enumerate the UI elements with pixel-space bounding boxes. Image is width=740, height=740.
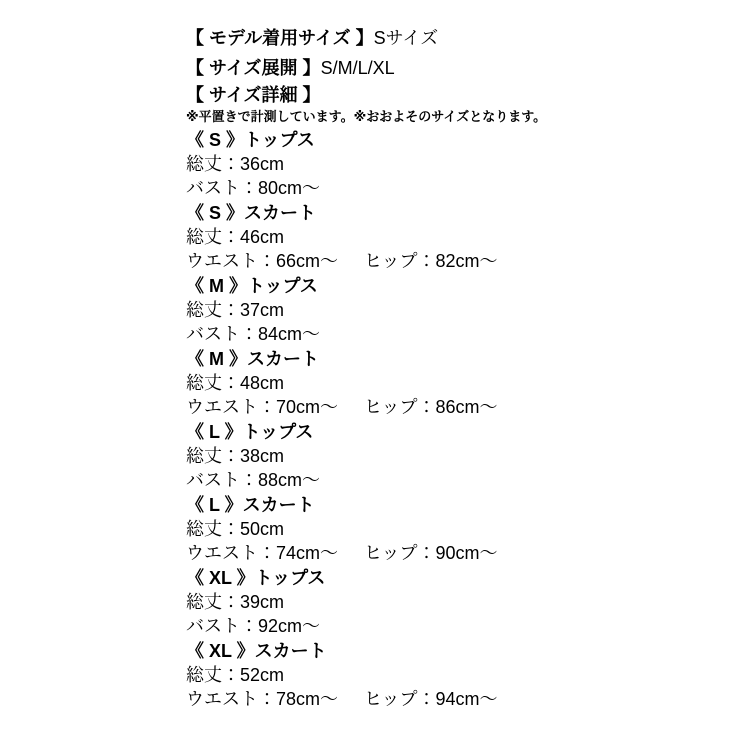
size-section-heading: 《 XL 》トップス [186, 566, 720, 590]
model-size-value: Sサイズ [374, 28, 439, 48]
measurement-label: ヒップ [364, 689, 417, 709]
measurement-hip: ヒップ：82cm〜 [364, 251, 497, 271]
measurement-length: 総丈：46cm [186, 227, 284, 247]
measurement-label: 総丈 [186, 373, 222, 393]
colon-separator: ： [222, 592, 240, 612]
measurement-bust: バスト：80cm〜 [186, 178, 320, 198]
measurement-length: 総丈：39cm [186, 592, 284, 612]
measurement-value: 78cm〜 [276, 689, 338, 709]
size-section-xl-skirt: 《 XL 》スカート 総丈：52cm ウエスト：78cm〜ヒップ：94cm〜 [186, 639, 720, 711]
measurement-disclaimer: ※平置きで計測しています。※おおよそのサイズとなります。 [186, 107, 720, 127]
colon-separator: ： [258, 251, 276, 271]
size-section-s-tops: 《 S 》トップス 総丈：36cm バスト：80cm〜 [186, 128, 720, 200]
measurement-label: 総丈 [186, 227, 222, 247]
colon-separator: ： [222, 154, 240, 174]
colon-separator: ： [222, 665, 240, 685]
measurement-length: 総丈：38cm [186, 446, 284, 466]
colon-separator: ： [222, 373, 240, 393]
measurement-value: 39cm [240, 592, 284, 612]
measurement-row: 総丈：48cm [186, 371, 720, 395]
measurement-label: ヒップ [364, 543, 417, 563]
measurement-row: バスト：88cm〜 [186, 468, 720, 492]
measurement-bust: バスト：92cm〜 [186, 616, 320, 636]
colon-separator: ： [258, 397, 276, 417]
size-detail-heading: 【 サイズ詳細 】 [186, 83, 720, 107]
colon-separator: ： [417, 251, 435, 271]
measurement-label: バスト [186, 616, 240, 636]
size-section-heading: 《 M 》トップス [186, 274, 720, 298]
measurement-value: 88cm〜 [258, 470, 320, 490]
colon-separator: ： [258, 689, 276, 709]
size-section-heading: 《 L 》スカート [186, 493, 720, 517]
measurement-value: 37cm [240, 300, 284, 320]
measurement-label: 総丈 [186, 446, 222, 466]
size-section-heading: 《 S 》スカート [186, 201, 720, 225]
measurement-length: 総丈：52cm [186, 665, 284, 685]
measurement-row: ウエスト：66cm〜ヒップ：82cm〜 [186, 249, 720, 273]
measurement-label: バスト [186, 324, 240, 344]
measurement-length: 総丈：37cm [186, 300, 284, 320]
measurement-waist: ウエスト：66cm〜 [186, 251, 338, 271]
colon-separator: ： [258, 543, 276, 563]
measurement-label: バスト [186, 178, 240, 198]
measurement-label: バスト [186, 470, 240, 490]
measurement-value: 86cm〜 [435, 397, 497, 417]
measurement-value: 50cm [240, 519, 284, 539]
measurement-label: ウエスト [186, 397, 258, 417]
size-section-l-skirt: 《 L 》スカート 総丈：50cm ウエスト：74cm〜ヒップ：90cm〜 [186, 493, 720, 565]
size-detail-page: { "page": { "background": "#ffffff", "te… [0, 0, 740, 740]
measurement-row: 総丈：39cm [186, 590, 720, 614]
measurement-value: 36cm [240, 154, 284, 174]
measurement-value: 48cm [240, 373, 284, 393]
measurement-hip: ヒップ：90cm〜 [364, 543, 497, 563]
measurement-row: ウエスト：74cm〜ヒップ：90cm〜 [186, 541, 720, 565]
measurement-row: バスト：80cm〜 [186, 176, 720, 200]
size-section-heading: 《 XL 》スカート [186, 639, 720, 663]
size-section-m-skirt: 《 M 》スカート 総丈：48cm ウエスト：70cm〜ヒップ：86cm〜 [186, 347, 720, 419]
colon-separator: ： [417, 543, 435, 563]
measurement-label: ウエスト [186, 689, 258, 709]
measurement-hip: ヒップ：94cm〜 [364, 689, 497, 709]
measurement-waist: ウエスト：78cm〜 [186, 689, 338, 709]
measurement-row: 総丈：52cm [186, 663, 720, 687]
measurement-row: ウエスト：78cm〜ヒップ：94cm〜 [186, 687, 720, 711]
measurement-row: バスト：92cm〜 [186, 614, 720, 638]
colon-separator: ： [240, 470, 258, 490]
measurement-label: 総丈 [186, 519, 222, 539]
size-detail-content: 【 モデル着用サイズ 】Sサイズ 【 サイズ展開 】S/M/L/XL 【 サイズ… [0, 0, 740, 711]
measurement-waist: ウエスト：70cm〜 [186, 397, 338, 417]
colon-separator: ： [417, 397, 435, 417]
measurement-row: ウエスト：70cm〜ヒップ：86cm〜 [186, 395, 720, 419]
colon-separator: ： [417, 689, 435, 709]
measurement-label: 総丈 [186, 665, 222, 685]
colon-separator: ： [222, 519, 240, 539]
measurement-row: バスト：84cm〜 [186, 322, 720, 346]
size-section-xl-tops: 《 XL 》トップス 総丈：39cm バスト：92cm〜 [186, 566, 720, 638]
measurement-row: 総丈：38cm [186, 444, 720, 468]
measurement-value: 66cm〜 [276, 251, 338, 271]
size-range-value: S/M/L/XL [321, 58, 395, 78]
measurement-row: 総丈：50cm [186, 517, 720, 541]
size-section-heading: 《 S 》トップス [186, 128, 720, 152]
measurement-bust: バスト：84cm〜 [186, 324, 320, 344]
size-range-line: 【 サイズ展開 】S/M/L/XL [186, 56, 720, 80]
measurement-label: 総丈 [186, 300, 222, 320]
colon-separator: ： [240, 616, 258, 636]
measurement-value: 46cm [240, 227, 284, 247]
measurement-label: ヒップ [364, 397, 417, 417]
measurement-value: 94cm〜 [435, 689, 497, 709]
size-section-heading: 《 L 》トップス [186, 420, 720, 444]
colon-separator: ： [222, 446, 240, 466]
measurement-value: 74cm〜 [276, 543, 338, 563]
size-section-s-skirt: 《 S 》スカート 総丈：46cm ウエスト：66cm〜ヒップ：82cm〜 [186, 201, 720, 273]
measurement-label: 総丈 [186, 154, 222, 174]
measurement-row: 総丈：46cm [186, 225, 720, 249]
colon-separator: ： [240, 178, 258, 198]
measurement-length: 総丈：50cm [186, 519, 284, 539]
size-section-l-tops: 《 L 》トップス 総丈：38cm バスト：88cm〜 [186, 420, 720, 492]
model-size-label: 【 モデル着用サイズ 】 [186, 28, 374, 48]
size-section-heading: 《 M 》スカート [186, 347, 720, 371]
measurement-label: ウエスト [186, 251, 258, 271]
measurement-label: ヒップ [364, 251, 417, 271]
model-size-line: 【 モデル着用サイズ 】Sサイズ [186, 26, 720, 50]
measurement-label: 総丈 [186, 592, 222, 612]
measurement-value: 82cm〜 [435, 251, 497, 271]
measurement-value: 90cm〜 [435, 543, 497, 563]
colon-separator: ： [240, 324, 258, 344]
size-range-label: 【 サイズ展開 】 [186, 58, 321, 78]
measurement-length: 総丈：48cm [186, 373, 284, 393]
measurement-value: 38cm [240, 446, 284, 466]
measurement-row: 総丈：37cm [186, 298, 720, 322]
measurement-value: 84cm〜 [258, 324, 320, 344]
measurement-bust: バスト：88cm〜 [186, 470, 320, 490]
measurement-value: 52cm [240, 665, 284, 685]
measurement-label: ウエスト [186, 543, 258, 563]
colon-separator: ： [222, 227, 240, 247]
measurement-row: 総丈：36cm [186, 152, 720, 176]
measurement-waist: ウエスト：74cm〜 [186, 543, 338, 563]
colon-separator: ： [222, 300, 240, 320]
size-section-m-tops: 《 M 》トップス 総丈：37cm バスト：84cm〜 [186, 274, 720, 346]
measurement-value: 80cm〜 [258, 178, 320, 198]
measurement-hip: ヒップ：86cm〜 [364, 397, 497, 417]
measurement-value: 92cm〜 [258, 616, 320, 636]
measurement-value: 70cm〜 [276, 397, 338, 417]
measurement-length: 総丈：36cm [186, 154, 284, 174]
